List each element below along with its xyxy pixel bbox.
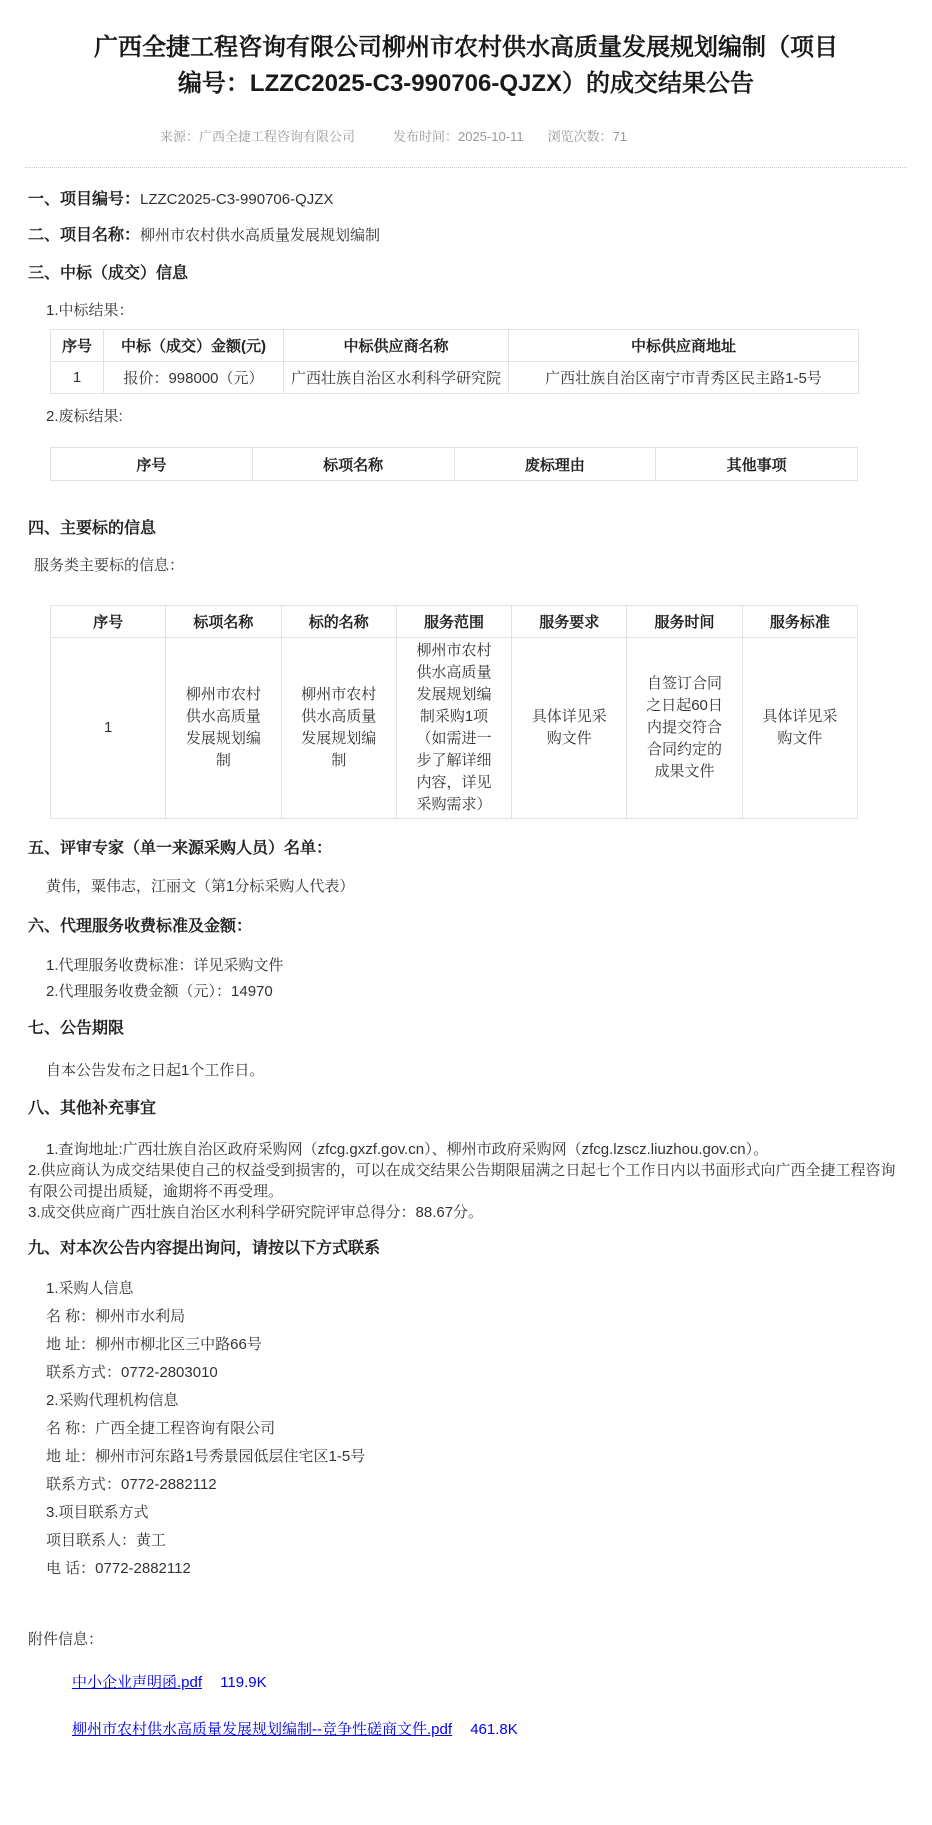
attachment-link[interactable]: 中小企业声明函.pdf — [72, 1674, 202, 1691]
section-other-heading: 八、其他补充事宜 — [28, 1098, 904, 1119]
contact-line: 3.项目联系方式 — [46, 1503, 904, 1523]
table-cell-service-time: 自签订合同之日起60日内提交符合合同约定的成果文件 — [627, 638, 742, 819]
table-header-cell: 中标供应商地址 — [509, 330, 859, 362]
section-experts-heading: 五、评审专家（单一来源采购人员）名单： — [28, 838, 904, 859]
contact-info-block: 1.采购人信息 名 称：柳州市水利局 地 址：柳州市柳北区三中路66号 联系方式… — [28, 1279, 904, 1579]
section-project-number: 一、项目编号：LZZC2025-C3-990706-QJZX — [28, 189, 904, 210]
table-cell-subject-name: 柳州市农村供水高质量发展规划编制 — [281, 638, 396, 819]
attachment-size: 119.9K — [220, 1674, 266, 1691]
dotted-divider — [25, 167, 907, 168]
table-cell-seq: 1 — [51, 638, 166, 819]
table-cell-service-scope: 柳州市农村供水高质量发展规划编制采购1项（如需进一步了解详细内容，详见采购需求） — [396, 638, 511, 819]
agency-fee-standard: 1.代理服务收费标准：详见采购文件 — [46, 955, 904, 976]
award-result-label: 1.中标结果： — [46, 301, 904, 321]
attachment-item: 柳州市农村供水高质量发展规划编制--竞争性磋商文件.pdf 461.8K — [72, 1720, 904, 1740]
award-result-table: 序号 中标（成交）金额(元) 中标供应商名称 中标供应商地址 1 报价：9980… — [50, 329, 859, 394]
section-project-name: 二、项目名称：柳州市农村供水高质量发展规划编制 — [28, 225, 904, 246]
section-notice-period-heading: 七、公告期限 — [28, 1018, 904, 1039]
table-header-row: 序号 标项名称 标的名称 服务范围 服务要求 服务时间 服务标准 — [51, 606, 858, 638]
subject-sub-label: 服务类主要标的信息： — [34, 556, 904, 576]
section-subject-info-heading: 四、主要标的信息 — [28, 518, 904, 539]
contact-line: 电 话：0772-2882112 — [46, 1559, 904, 1579]
section-inquiry-heading: 九、对本次公告内容提出询问，请按以下方式联系 — [28, 1238, 904, 1259]
table-header-cell: 其他事项 — [656, 448, 858, 481]
table-cell-lot-name: 柳州市农村供水高质量发展规划编制 — [166, 638, 281, 819]
table-header-cell: 序号 — [51, 448, 253, 481]
table-header-cell: 标的名称 — [281, 606, 396, 638]
attachments-label: 附件信息： — [28, 1630, 904, 1650]
meta-publish-time: 发布时间：2025-10-11 — [393, 128, 524, 146]
project-number-value: LZZC2025-C3-990706-QJZX — [140, 191, 333, 208]
table-header-cell: 序号 — [51, 606, 166, 638]
section-agency-fee-heading: 六、代理服务收费标准及金额： — [28, 916, 904, 937]
table-cell-address: 广西壮族自治区南宁市青秀区民主路1-5号 — [509, 362, 859, 394]
rejected-bid-table: 序号 标项名称 废标理由 其他事项 — [50, 447, 858, 481]
table-header-cell: 废标理由 — [454, 448, 656, 481]
expert-names: 黄伟，粟伟志，江丽文（第1分标采购人代表） — [46, 876, 904, 897]
table-cell-service-standard: 具体详见采购文件 — [742, 638, 857, 819]
table-header-cell: 序号 — [51, 330, 104, 362]
table-header-cell: 服务范围 — [396, 606, 511, 638]
table-header-cell: 标项名称 — [252, 448, 454, 481]
contact-line: 名 称：柳州市水利局 — [46, 1307, 904, 1327]
table-header-row: 序号 标项名称 废标理由 其他事项 — [51, 448, 858, 481]
attachment-size: 461.8K — [470, 1721, 518, 1738]
table-header-cell: 服务标准 — [742, 606, 857, 638]
table-row: 1 报价：998000（元） 广西壮族自治区水利科学研究院 广西壮族自治区南宁市… — [51, 362, 859, 394]
table-header-cell: 标项名称 — [166, 606, 281, 638]
table-cell-service-require: 具体详见采购文件 — [512, 638, 627, 819]
section-award-info-heading: 三、中标（成交）信息 — [28, 263, 904, 284]
table-header-cell: 服务要求 — [512, 606, 627, 638]
announcement-page: 广西全捷工程咨询有限公司柳州市农村供水高质量发展规划编制（项目编号：LZZC20… — [0, 0, 932, 1800]
table-header-cell: 中标（成交）金额(元) — [104, 330, 284, 362]
attachment-link[interactable]: 柳州市农村供水高质量发展规划编制--竞争性磋商文件.pdf — [72, 1721, 452, 1738]
contact-line: 项目联系人：黄工 — [46, 1531, 904, 1551]
other-paragraph-query-address: 1.查询地址:广西壮族自治区政府采购网（zfcg.gxzf.gov.cn）、柳州… — [28, 1139, 904, 1160]
meta-bar: 来源：广西全捷工程咨询有限公司 发布时间：2025-10-11 浏览次数：71 — [160, 128, 904, 146]
meta-source: 来源：广西全捷工程咨询有限公司 — [160, 128, 355, 146]
contact-line: 地 址：柳州市河东路1号秀景园低层住宅区1-5号 — [46, 1447, 904, 1467]
notice-period-body: 自本公告发布之日起1个工作日。 — [46, 1060, 904, 1081]
other-paragraph-score: 3.成交供应商广西壮族自治区水利科学研究院评审总得分：88.67分。 — [28, 1202, 904, 1223]
agency-fee-amount: 2.代理服务收费金额（元）：14970 — [46, 981, 904, 1002]
contact-line: 联系方式：0772-2882112 — [46, 1475, 904, 1495]
other-paragraph-objection: 2.供应商认为成交结果使自己的权益受到损害的，可以在成交结果公告期限届满之日起七… — [28, 1160, 904, 1202]
meta-view-count: 浏览次数：71 — [548, 128, 627, 146]
project-number-label: 一、项目编号： — [28, 191, 140, 208]
contact-line: 1.采购人信息 — [46, 1279, 904, 1299]
contact-line: 2.采购代理机构信息 — [46, 1391, 904, 1411]
table-header-cell: 中标供应商名称 — [284, 330, 509, 362]
table-cell-seq: 1 — [51, 362, 104, 394]
table-cell-amount: 报价：998000（元） — [104, 362, 284, 394]
table-cell-supplier: 广西壮族自治区水利科学研究院 — [284, 362, 509, 394]
main-subject-table: 序号 标项名称 标的名称 服务范围 服务要求 服务时间 服务标准 1 柳州市农村… — [50, 605, 858, 819]
table-row: 1 柳州市农村供水高质量发展规划编制 柳州市农村供水高质量发展规划编制 柳州市农… — [51, 638, 858, 819]
project-name-label: 二、项目名称： — [28, 227, 140, 244]
rejected-result-label: 2.废标结果: — [46, 407, 904, 427]
table-header-cell: 服务时间 — [627, 606, 742, 638]
attachment-item: 中小企业声明函.pdf 119.9K — [72, 1673, 904, 1693]
page-title: 广西全捷工程咨询有限公司柳州市农村供水高质量发展规划编制（项目编号：LZZC20… — [28, 0, 904, 102]
project-name-value: 柳州市农村供水高质量发展规划编制 — [140, 227, 380, 244]
contact-line: 联系方式：0772-2803010 — [46, 1363, 904, 1383]
contact-line: 名 称：广西全捷工程咨询有限公司 — [46, 1419, 904, 1439]
contact-line: 地 址：柳州市柳北区三中路66号 — [46, 1335, 904, 1355]
table-header-row: 序号 中标（成交）金额(元) 中标供应商名称 中标供应商地址 — [51, 330, 859, 362]
